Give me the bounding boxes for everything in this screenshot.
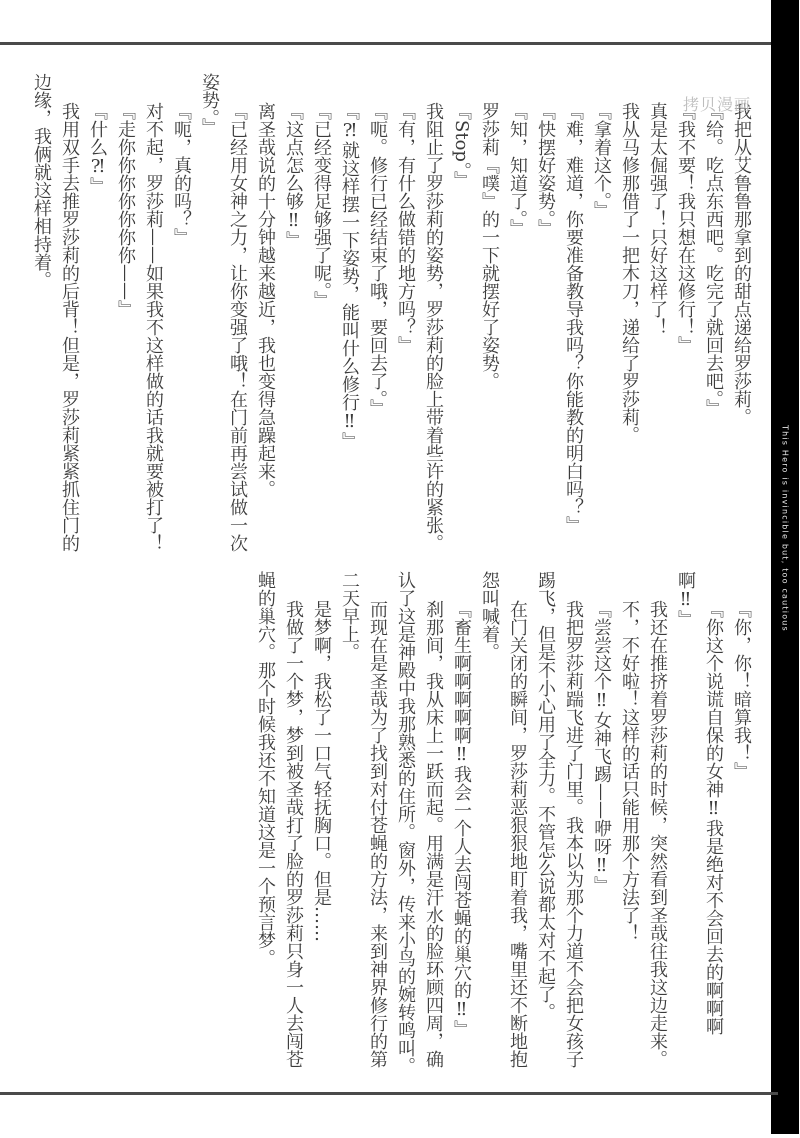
paragraph: 而现在是圣哉为了找到对付苍蝇的方法，来到神界修行的第二天早上。: [335, 571, 391, 1075]
watermark-text: 拷贝漫画: [683, 92, 751, 115]
top-rule: [0, 42, 771, 45]
paragraph: 『有，有什么做错的地方吗？』: [391, 73, 419, 555]
paragraph: 我把从艾鲁鲁那拿到的甜点递给罗莎莉。: [727, 73, 755, 555]
paragraph: 不，不好啦！这样的话只能用那个方法了！: [615, 571, 643, 1075]
paragraph: 我把罗莎莉踹飞进了门里。我本以为那个力道不会把女孩子踢飞，但是不小心用了全力。不…: [531, 571, 587, 1075]
paragraph: 对不起，罗莎莉——如果我不这样做的话我就要被打了！: [139, 73, 167, 555]
paragraph: 『快摆好姿势。』: [531, 73, 559, 555]
paragraph: 『呃。修行已经结束了哦，要回去了。』: [363, 73, 391, 555]
bottom-rule: [0, 1092, 778, 1095]
novel-scan-page: This Hero is invincible but, too cautiou…: [0, 0, 800, 1138]
paragraph: 『Stop。』: [447, 73, 475, 555]
page-two-vertical-text: 『你，你！暗算我！』『你这个说谎自保的女神‼我是绝对不会回去的啊啊啊啊‼』我还在…: [275, 571, 755, 1075]
page-one-vertical-text: 我把从艾鲁鲁那拿到的甜点递给罗莎莉。『给。吃点东西吧。吃完了就回去吧。』『我不要…: [14, 73, 755, 555]
paragraph: 离圣哉说的十分钟越来越近，我也变得急躁起来。: [251, 73, 279, 555]
paragraph: 『我不要！我只想在这修行！』: [671, 73, 699, 555]
paragraph: 『已经变得足够强了呢。』: [307, 73, 335, 555]
paragraph: 我用双手去推罗莎莉的后背！但是，罗莎莉紧紧抓住门的边缘，我俩就这样相持着。: [27, 73, 83, 555]
series-title: This Hero is invincible but, too cautiou…: [781, 425, 790, 632]
paragraph: 『难，难道，你要准备教导我吗？你能教的明白吗？』: [559, 73, 587, 555]
paragraph: 我还在推挤着罗莎莉的时候，突然看到圣哉往我这边走来。: [643, 571, 671, 1075]
paragraph: 『知，知道了。』: [503, 73, 531, 555]
paragraph: 『尝尝这个‼女神飞踢——咿呀‼』: [587, 571, 615, 1075]
paragraph: 罗莎莉『噗』的一下就摆好了姿势。: [475, 73, 503, 555]
paragraph: 『这点怎么够‼』: [279, 73, 307, 555]
paragraph: 我从马修那借了一把木刀，递给了罗莎莉。: [615, 73, 643, 555]
right-black-bar: This Hero is invincible but, too cautiou…: [771, 0, 799, 1134]
paragraph: 『已经用女神之力，让你变强了哦！在门前再尝试做一次姿势。』: [195, 73, 251, 555]
paragraph: 『呃，真的吗？』: [167, 73, 195, 555]
paragraph: 真是太倔强了！只好这样了！: [643, 73, 671, 555]
paragraph: 刹那间，我从床上一跃而起。用满是汗水的脸环顾四周，确认了这是神殿中我那熟悉的住所…: [391, 571, 447, 1075]
paragraph: 『⁈就这样摆一下姿势，能叫什么修行‼』: [335, 73, 363, 555]
paragraph: 『给。吃点东西吧。吃完了就回去吧。』: [699, 73, 727, 555]
paragraph: 『走你你你你你你你——』: [111, 73, 139, 555]
paragraph: 『你，你！暗算我！』: [727, 571, 755, 1075]
paragraph: 『拿着这个。』: [587, 73, 615, 555]
paragraph: 『你这个说谎自保的女神‼我是绝对不会回去的啊啊啊啊‼』: [671, 571, 727, 1075]
paragraph: 在门关闭的瞬间，罗莎莉恶狠狠地盯着我，嘴里还不断地抱怨叫喊着。: [475, 571, 531, 1075]
paragraph: 是梦啊，我松了一口气轻抚胸口。但是……: [307, 571, 335, 1075]
paragraph: 『畜生啊啊啊啊啊‼我会一个人去闯苍蝇的巢穴的‼』: [447, 571, 475, 1075]
paragraph: 『什么⁈』: [83, 73, 111, 555]
paragraph: 我做了一个梦，梦到被圣哉打了脸的罗莎莉只身一人去闯苍蝇的巢穴。那个时候我还不知道…: [251, 571, 307, 1075]
paragraph: 我阻止了罗莎莉的姿势，罗莎莉的脸上带着些许的紧张。: [419, 73, 447, 555]
